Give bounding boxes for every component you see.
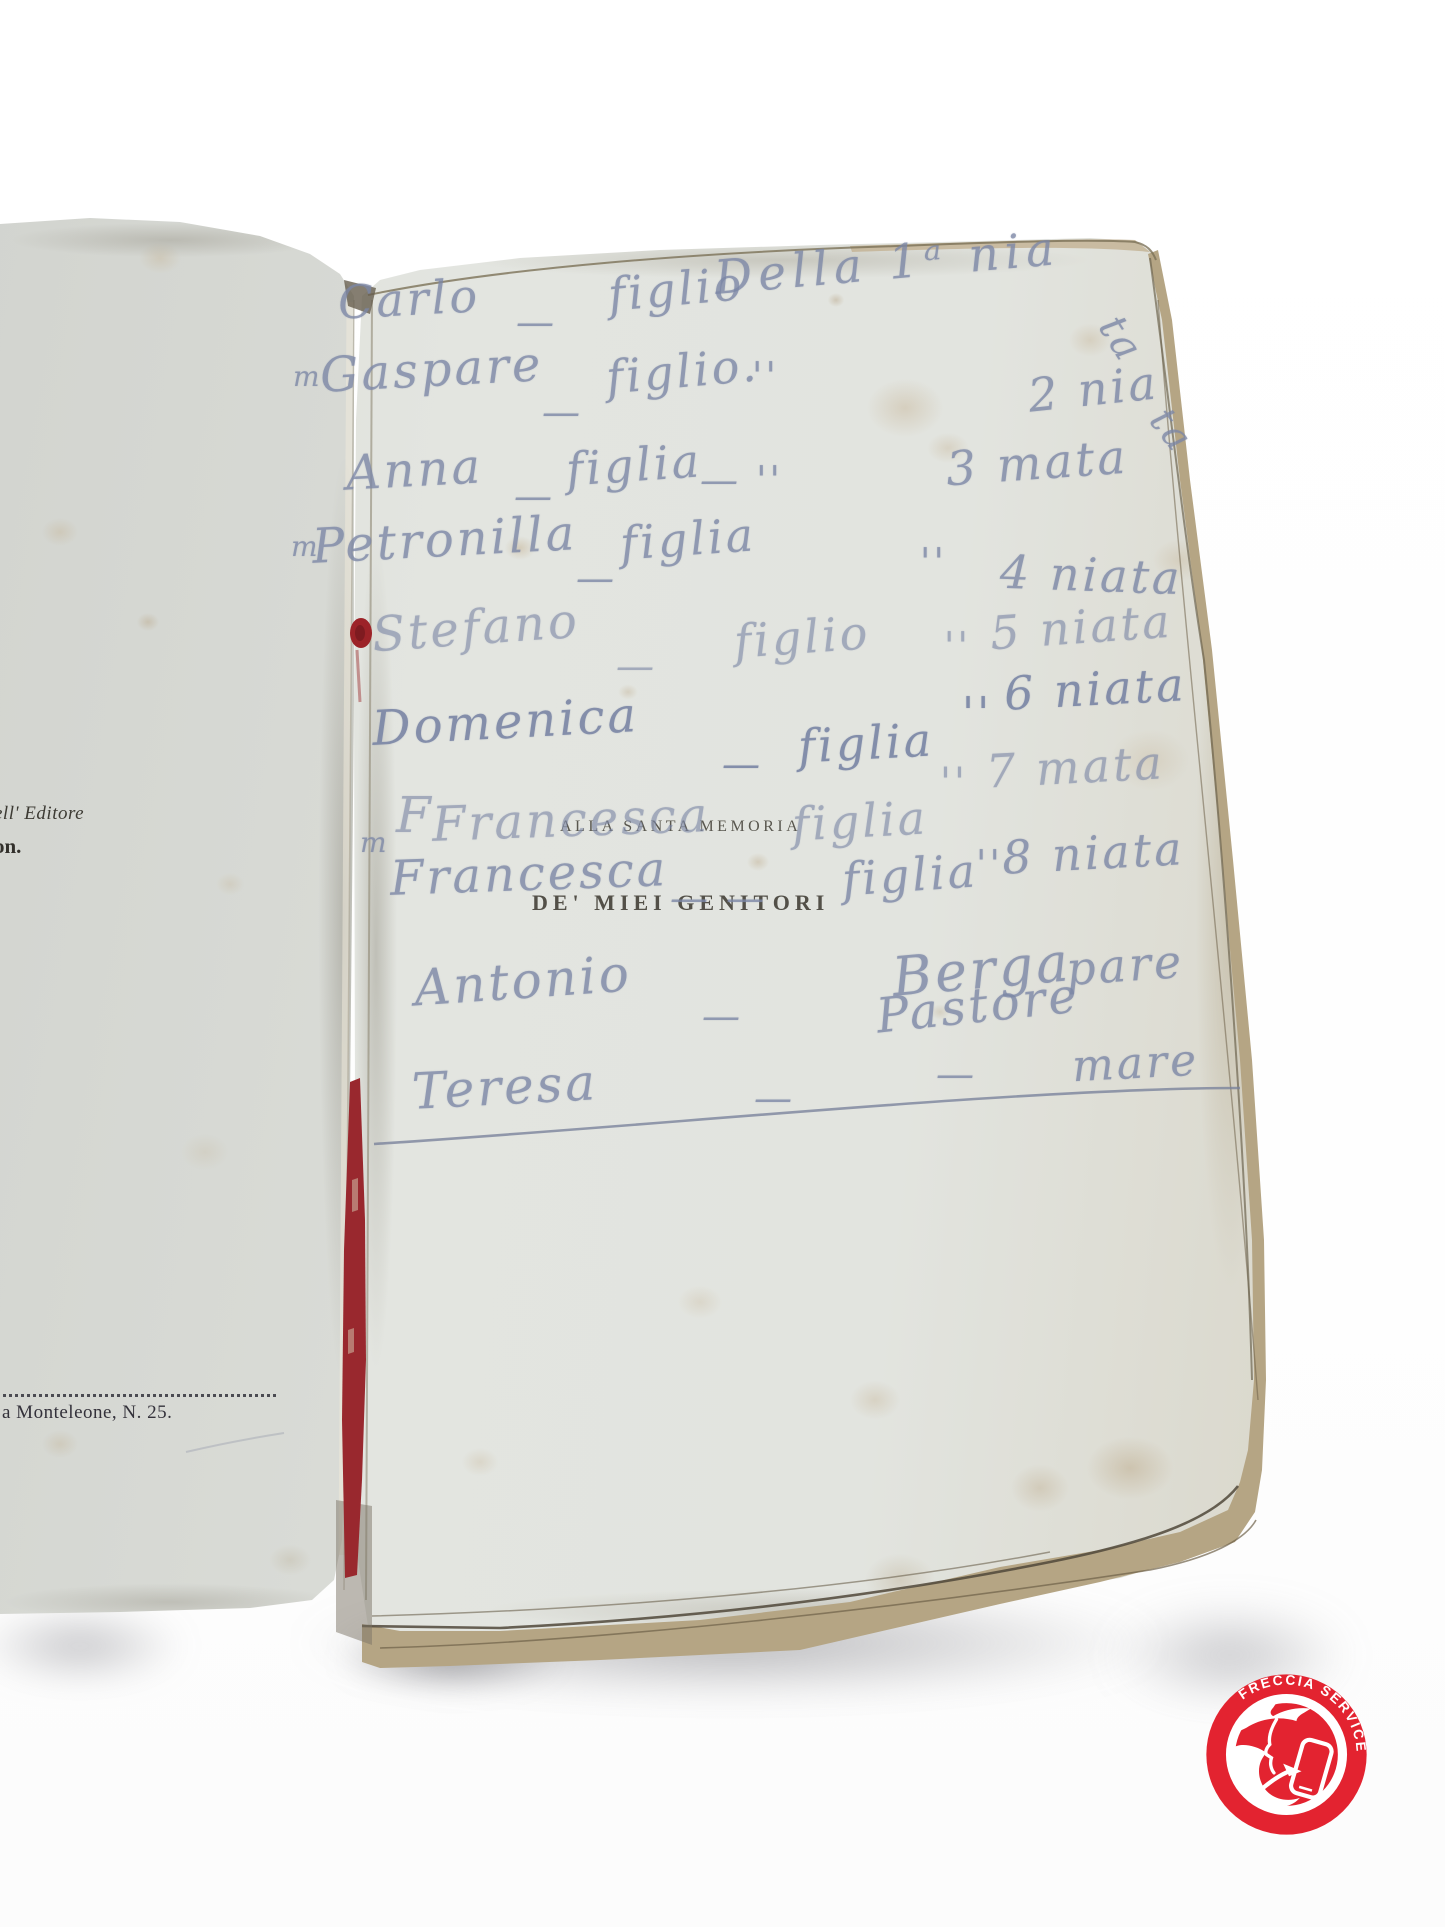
handwritten-dash: — xyxy=(936,1052,977,1096)
logo-arc-text: FRECCIA SERVICE xyxy=(1236,1672,1369,1753)
logo-feather xyxy=(1230,1703,1311,1735)
book-shadow xyxy=(150,1568,1310,1718)
left-page xyxy=(0,0,1445,1927)
right-page xyxy=(0,0,1445,1927)
handwritten-prefix: m xyxy=(291,530,321,563)
handwritten-dash: — xyxy=(754,1076,795,1120)
gutter-notch xyxy=(344,280,376,314)
logo-arrow-shaft xyxy=(1263,1772,1287,1788)
left-page-footer-text: a Monteleone, N. 25. xyxy=(2,1402,172,1424)
handwritten-name: Gaspare xyxy=(319,336,545,404)
handwritten-prefix: F xyxy=(396,786,434,844)
handwritten-tail: pare xyxy=(1064,934,1186,996)
handwritten-relation: figlia xyxy=(797,712,936,773)
handwritten-relation: figlia xyxy=(618,507,757,570)
handwritten-ditto: — '' xyxy=(700,458,783,502)
logo-hair-swoosh xyxy=(1232,1745,1300,1808)
handwritten-relation: Pastore xyxy=(874,967,1083,1044)
handwritten-dash: — xyxy=(702,994,743,1038)
handwritten-dash: — xyxy=(722,742,763,786)
dedication-line-2: DE' MIEI GENITORI xyxy=(532,890,792,916)
handwritten-name: Teresa xyxy=(411,1053,600,1121)
handwritten-dash: — xyxy=(516,300,557,344)
left-page-italic-fragment: ell' Editore xyxy=(0,803,84,825)
handwritten-tail: 4 niata xyxy=(999,545,1183,605)
handwritten-name: Carlo xyxy=(337,268,482,329)
dedication-line-1: ALLA SANTA MEMORIA xyxy=(560,818,770,836)
handwritten-relation: figlio xyxy=(606,256,747,322)
handwritten-ditto: '' xyxy=(752,354,779,398)
handwritten-tail: 2 nia xyxy=(1026,355,1162,422)
handwritten-relation: figlio. xyxy=(604,337,761,404)
handwritten-tail: 6 niata xyxy=(1003,657,1188,720)
freccia-service-logo: FRECCIA SERVICE xyxy=(1203,1671,1370,1838)
handwritten-ditto: '' xyxy=(962,688,992,739)
handwritten-ditto: '' xyxy=(920,540,947,584)
handwritten-wrap: ta xyxy=(1089,307,1152,370)
binding-red-strip xyxy=(342,1078,366,1578)
handwritten-dash: — xyxy=(542,390,583,434)
handwritten-tail: Della 1ᵃ nia xyxy=(712,221,1062,306)
handwritten-ditto: '' xyxy=(944,624,971,668)
logo-arrow-icon xyxy=(1283,1764,1301,1777)
pencil-mark-left-page xyxy=(186,1433,284,1452)
handwritten-relation: figlia xyxy=(840,843,979,906)
handwritten-name: Stefano xyxy=(370,593,581,663)
handwritten-tail: 8 niata xyxy=(1001,821,1186,884)
handwritten-name: Domenica xyxy=(371,687,641,757)
handwritten-relation: figlia xyxy=(564,433,703,496)
handwritten-relation: figlia xyxy=(791,790,930,851)
logo-face-profile xyxy=(1266,1719,1277,1772)
book-photo: { "photo": { "subject": "antique book op… xyxy=(0,0,1445,1927)
handwritten-dash: — xyxy=(514,474,555,518)
binding-red-dot xyxy=(350,618,372,648)
book-shadow-left xyxy=(0,1596,220,1696)
left-page-dotted-rule xyxy=(0,1394,276,1397)
handwritten-prefix: m xyxy=(293,360,323,393)
handwritten-tail: 3 mata xyxy=(944,430,1130,498)
page-stack-edge xyxy=(362,250,1266,1668)
handwritten-relation: figlio xyxy=(732,605,872,668)
logo-phone-icon xyxy=(1289,1738,1333,1799)
handwritten-ditto: '' xyxy=(940,760,968,806)
logo-white-ring xyxy=(1231,1699,1343,1811)
handwritten-wrap: ta xyxy=(1141,399,1203,461)
handwritten-name: Petronilla xyxy=(311,505,579,575)
book-edges xyxy=(0,0,1445,1927)
handwritten-dash: — xyxy=(576,556,617,600)
handwritten-tail: 5 niata xyxy=(988,594,1174,661)
handwritten-ditto: '' xyxy=(976,842,1003,886)
book-shadow-gutter xyxy=(290,1612,610,1707)
handwritten-tail: 7 mata xyxy=(985,735,1166,798)
left-page-bold-fragment: on. xyxy=(0,834,21,859)
handwritten-dash: — xyxy=(616,644,657,688)
handwritten-name: Antonio xyxy=(412,944,633,1017)
pencil-underline xyxy=(374,1088,1240,1144)
logo-red-disc xyxy=(1206,1674,1366,1834)
handwritten-prefix: m xyxy=(360,826,390,859)
handwritten-name: Anna xyxy=(345,438,485,501)
handwritten-wrap: mare xyxy=(1071,1035,1201,1093)
book-shadow-right xyxy=(1070,1590,1390,1720)
handwritten-relation: Berga xyxy=(890,930,1074,1008)
